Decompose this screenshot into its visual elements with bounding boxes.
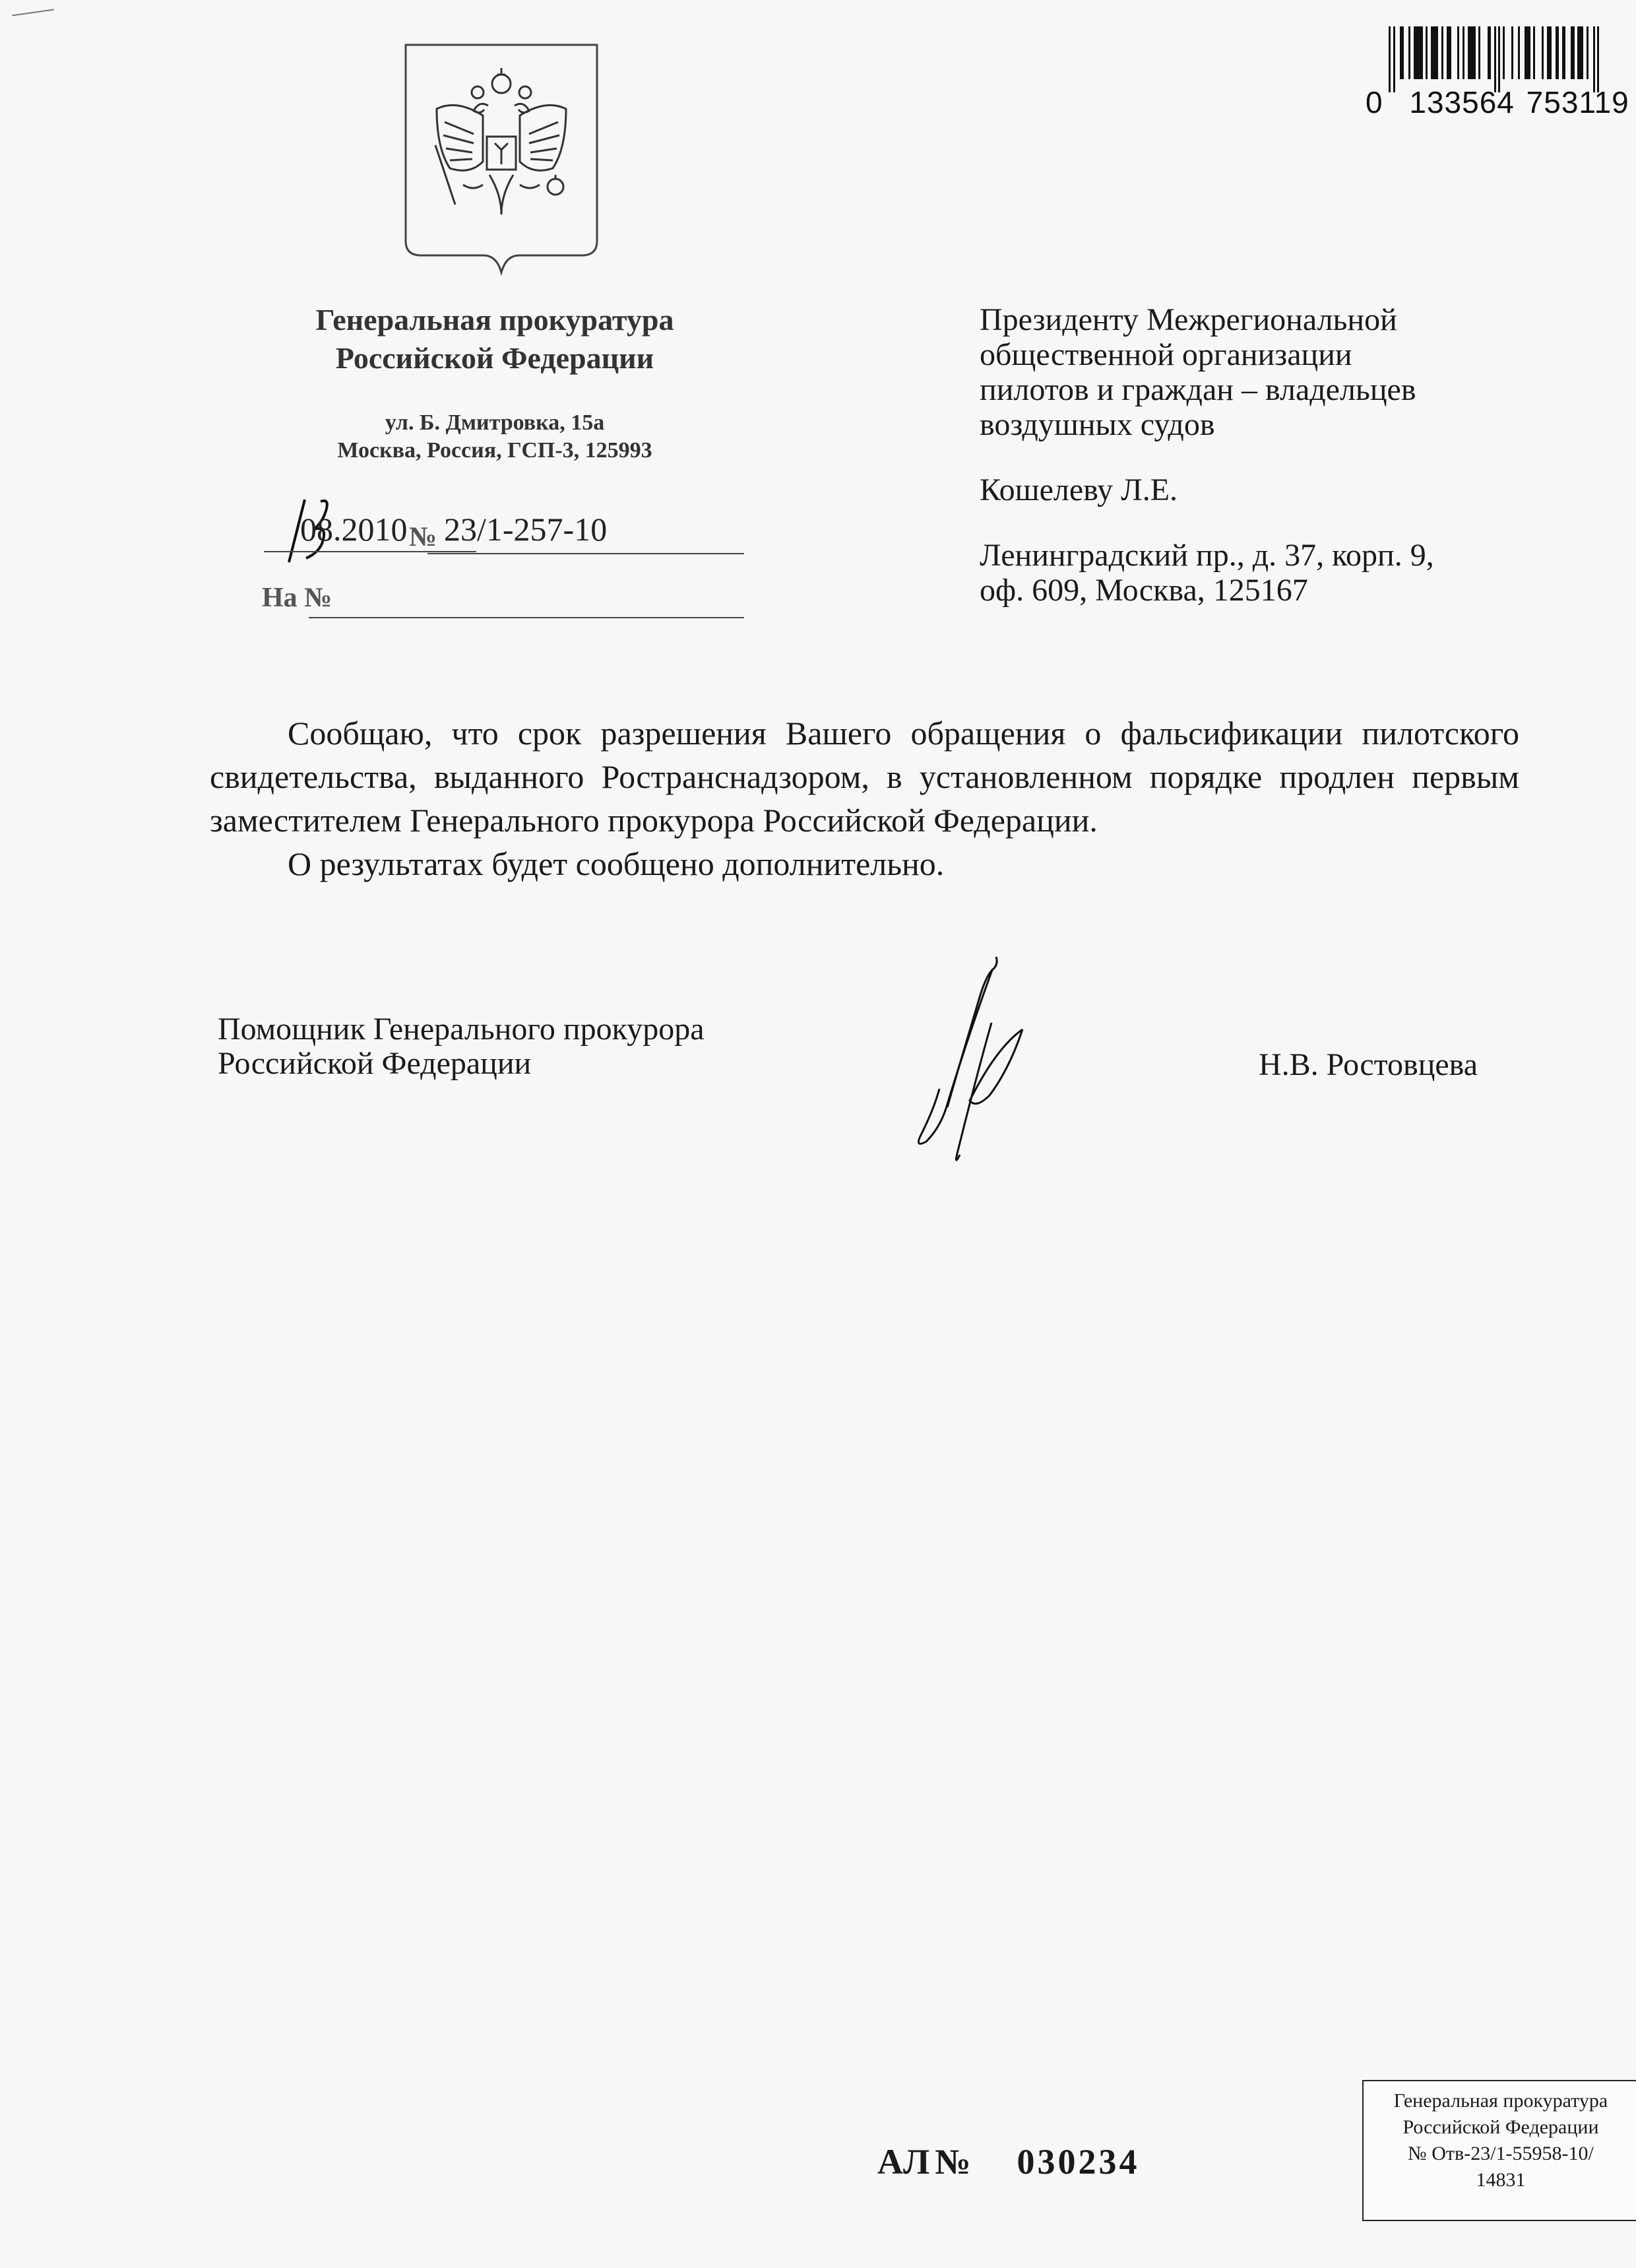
- signatory-name: Н.В. Ростовцева: [1259, 1047, 1478, 1083]
- org-address-line1: ул. Б. Дмитровка, 15а: [251, 410, 739, 436]
- recipient-line: Президенту Межрегиональной: [980, 302, 1573, 337]
- signatory-title: Помощник Генерального прокурора Российск…: [218, 1012, 705, 1081]
- series-number-sign: №: [935, 2142, 970, 2182]
- recipient-block: Президенту Межрегиональной общественной …: [980, 302, 1573, 608]
- series-label: АЛ: [877, 2142, 929, 2182]
- org-name-line1: Генеральная прокуратура: [251, 305, 739, 335]
- stamp-line4: 14831: [1364, 2167, 1636, 2193]
- number-underline: [427, 553, 744, 554]
- date-underline: [264, 551, 476, 552]
- form-series: АЛ№030234: [877, 2141, 1140, 2182]
- series-number: 030234: [1017, 2142, 1140, 2182]
- recipient-line: воздушных судов: [980, 407, 1573, 442]
- stamp-line2: Российской Федерации: [1364, 2114, 1636, 2141]
- recipient-name: Кошелеву Л.Е.: [980, 472, 1573, 507]
- document-date: 08.2010: [300, 510, 408, 548]
- reference-label: На №: [262, 582, 332, 614]
- barcode-digits-left: 133564: [1409, 84, 1515, 120]
- number-sign-label: №: [409, 521, 437, 553]
- scan-corner-mark: [12, 9, 54, 16]
- recipient-line: общественной организации: [980, 337, 1573, 372]
- barcode-digit-lead: 0: [1366, 84, 1383, 120]
- stamp-line1: Генеральная прокуратура: [1364, 2088, 1636, 2114]
- stamp-line3: № Отв-23/1-55958-10/: [1364, 2141, 1636, 2167]
- recipient-address-line: оф. 609, Москва, 125167: [980, 573, 1573, 608]
- reference-underline: [309, 617, 744, 618]
- coat-of-arms-icon: [404, 43, 599, 275]
- handwritten-signature: [805, 950, 1055, 1168]
- org-address-line2: Москва, Россия, ГСП-3, 125993: [251, 438, 739, 463]
- recipient-line: пилотов и граждан – владельцев: [980, 372, 1573, 407]
- body-paragraph: О результатах будет сообщено дополнитель…: [210, 842, 1519, 886]
- document-number: 23/1-257-10: [444, 510, 607, 548]
- registration-stamp: Генеральная прокуратура Российской Федер…: [1362, 2080, 1636, 2221]
- recipient-address-line: Ленинградский пр., д. 37, корп. 9,: [980, 538, 1573, 573]
- signatory-title-line1: Помощник Генерального прокурора: [218, 1012, 705, 1047]
- org-name-line2: Российской Федерации: [251, 343, 739, 373]
- letter-body: Сообщаю, что срок разрешения Вашего обра…: [210, 711, 1519, 886]
- body-paragraph: Сообщаю, что срок разрешения Вашего обра…: [210, 711, 1519, 842]
- signatory-title-line2: Российской Федерации: [218, 1047, 705, 1081]
- barcode-icon: [1389, 26, 1636, 92]
- barcode-digits-right: 753119: [1526, 84, 1629, 120]
- barcode-number: 0 133564 753119: [1366, 84, 1629, 120]
